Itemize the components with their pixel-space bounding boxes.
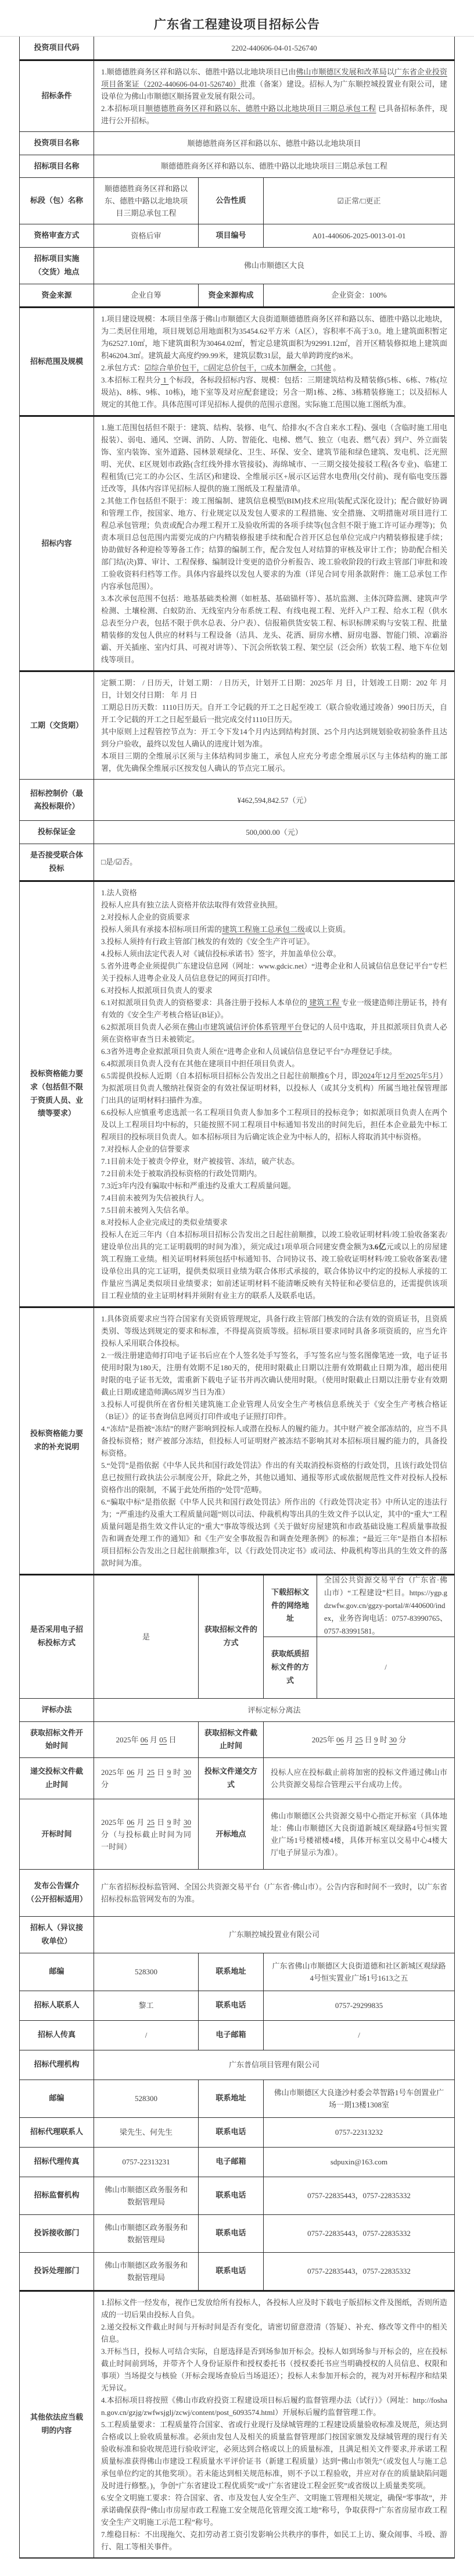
text-segment: 2025年 (312, 1735, 336, 1744)
text-segment: 日 (155, 1818, 167, 1827)
text-segment: 个月，即 (329, 1071, 360, 1080)
agency-phone-label: 联系电话 (198, 2118, 263, 2147)
section-name-label: 标段（包）名称 (20, 178, 94, 224)
row-tender-conditions: 招标条件 1.顺德德胜商务区祥和路以东、德胜中路以北地块项目已由佛山市顺德区发展… (20, 59, 454, 131)
tenderer-address-value: 广东省佛山市顺德区大良街道德和社区新城区观绿路4号恒实置业广场1号1613之五 (263, 1953, 454, 1991)
paragraph: 7.4目前未被列为失信被执行人。 (101, 1192, 447, 1204)
row-bid-deposit: 投标保证金 500,000.00（元） (20, 820, 454, 844)
bid-deposit-value: 500,000.00（元） (94, 821, 454, 844)
tenderer-contact-value: 黎工 (94, 1991, 198, 2020)
paragraph: 6.对投标人拟派项目负责人的要求 (101, 984, 447, 996)
row-qualification-requirements: 投标资格能力要求（包括但不限于资质人员、业绩等要求） 1.法人资格 投标人应具有… (20, 880, 454, 1306)
paragraph: 7.5目前未被列入失信名单。 (101, 1204, 447, 1216)
paragraph: 6.“骗取中标”是指依据《中华人民共和国行政处罚法》所作出的《行政处罚决定书》中… (101, 1496, 447, 1569)
agency-zip-value: 528300 (94, 2080, 198, 2117)
paragraph: 6.4拟派项目负责人没有在其他在建项目中担任项目负责人。 (101, 1057, 447, 1070)
text-segment: 月 (134, 1818, 147, 1827)
text-segment: 月 (134, 1768, 147, 1777)
row-tenderer-fax: 招标人传真 / 电子邮箱 / (20, 2020, 454, 2050)
text-segment: 分 (397, 1735, 406, 1744)
submission-method-value: 投标人应在投标截止前将加密的投标文件通过佛山市公共资源交易综合管理云平台成功上传… (263, 1758, 454, 1799)
row-investment-name: 投资项目名称 顺德德胜商务区祥和路以东、德胜中路以北地块项目 (20, 131, 454, 155)
paragraph: 佛山市顺德区公共资源交易中心指定开标室（具体地址：佛山市顺德区大良街道新城区观绿… (271, 1810, 447, 1859)
project-name-label: 招标项目名称 (20, 155, 94, 178)
paragraph: 7.维稳目标：不出现拖欠、克扣劳动者工资引发影响公共秩序的事件，如民工上访、聚众… (101, 2528, 447, 2553)
paragraph: 投标人应在投标截止前将加密的投标文件通过佛山市公共资源交易综合管理云平台成功上传… (271, 1766, 447, 1791)
announcement-table: 投资项目代码 2202-440606-04-01-526740 招标条件 1.顺… (19, 37, 455, 2559)
supplementary-notes-label: 投标资格能力要求的补充说明 (20, 1308, 94, 1574)
paper-documents-value: / (317, 1637, 454, 1698)
agency-fax-label: 招标代理传真 (20, 2148, 94, 2177)
underlined-text: 佛山市顺德区发展和改革局 (296, 67, 386, 76)
investment-name-value: 顺德德胜商务区祥和路以东、德胜中路以北地块项目 (94, 132, 454, 155)
document-start-time-label: 获取招标文件开始时间 (20, 1722, 94, 1758)
text-segment: 2025年 (101, 1768, 127, 1777)
underlined-date-part: 06 (127, 1818, 134, 1827)
tenderer-label: 招标人（异议接收单位） (20, 1917, 94, 1953)
paragraph: 3.本次承包范围不包括：地基基础类检测（如桩基、基础锚杆等）、基坑监测、主体沉降… (101, 592, 447, 666)
underlined-date-part: 25 (355, 1735, 362, 1744)
underlined-date-part: 25 (147, 1768, 155, 1777)
tenderer-email-label: 电子邮箱 (198, 2021, 263, 2050)
underlined-date-part: 25 (147, 1818, 155, 1827)
tender-content-label: 招标内容 (20, 417, 94, 670)
date-text: 2025年 06 月 25 日 9 时 30 分 (312, 1734, 407, 1746)
submission-method-label: 投标文件递交方式 (198, 1758, 263, 1799)
row-supplementary-notes: 投标资格能力要求的补充说明 1.具体资质要求应当符合国家有关资质管理规定，具备行… (20, 1306, 454, 1574)
text-segment: 月 (148, 1735, 160, 1744)
tenderer-address-label: 联系地址 (198, 1953, 263, 1991)
other-contents-label: 其他依法应当载明的内容 (20, 2292, 94, 2557)
text-segment: 时 (378, 1735, 390, 1744)
text-segment: 。 (331, 363, 340, 372)
row-evaluation-method: 评标办法 评标定标分离法 (20, 1698, 454, 1721)
row-delivery-location: 招标项目实施（交货）地点 佛山市顺德区大良 (20, 247, 454, 284)
qualification-review-value: 资格后审 (94, 224, 198, 247)
paragraph: 7.3近3年内没有骗取中标和严重违约及重大工程质量问题。 (101, 1180, 447, 1192)
paragraph: 3.投标人可提供所在省份相关建筑施工企业管理人员安全生产考核信息系统关于《安全生… (101, 1398, 447, 1423)
row-announcement-media: 发布公告媒介（公开招标适用） 广东省招标投标监管网、全国公共资源交易平台（广东省… (20, 1869, 454, 1916)
delivery-location-value: 佛山市顺德区大良 (94, 248, 454, 284)
tender-scope-value: 1.项目建设规模：本项目坐落于佛山市顺德区大良街道顺德德胜商务区祥和路以东、德胜… (94, 308, 454, 415)
control-price-value: ¥462,594,842.57（元） (94, 780, 454, 820)
underlined-text: 佛山市建筑诚信评价体系管理平台 (187, 1023, 302, 1031)
project-name-value: 顺德德胜商务区祥和路以东、德胜中路以北地块项目三期总承包工程 (94, 155, 454, 178)
text-segment: 2025年 (116, 1735, 140, 1744)
row-complaint-receiving: 投诉接收部门 佛山市顺德区政务服务和数据管理局 联系电话 0757-228354… (20, 2214, 454, 2252)
paragraph: 7.对投标人企业的信誉要求 (101, 1143, 447, 1155)
announcement-media-label: 发布公告媒介（公开招标适用） (20, 1870, 94, 1916)
row-duration: 工期（交货期） 定额工期： / 日历天，计划工期： / 日历天，计划开工日期：2… (20, 670, 454, 779)
paragraph: 4.本招标项目将按照《佛山市政府投资工程建设项目标后履约监督管理办法（试行）》（… (101, 2394, 447, 2418)
consortium-label: 是否接受联合体投标 (20, 844, 94, 880)
tenderer-zip-label: 邮编 (20, 1953, 94, 1991)
obtain-documents-subtable: 下载招标文件的网络地址 全国公共资源交易平台（广东省·佛山市）“工程建设”栏目。… (263, 1575, 454, 1698)
underlined-text: 2024年12月至2025年5月 (360, 1071, 440, 1080)
underlined-date-part: 06 (127, 1768, 134, 1777)
date-text: 2025年 06 月 05 日 (116, 1734, 176, 1746)
tender-scope-label: 招标范围及规模 (20, 308, 94, 415)
bid-deposit-label: 投标保证金 (20, 821, 94, 844)
row-complaint-handling: 投诉处理部门 佛山市顺德区政务服务和数据管理局 联系电话 0757-228354… (20, 2252, 454, 2290)
row-investment-code: 投资项目代码 2202-440606-04-01-526740 (20, 37, 454, 59)
paragraph: 8.对投标人企业完成过的类似业绩要求 (101, 1216, 447, 1228)
row-tender-scope: 招标范围及规模 1.项目建设规模：本项目坐落于佛山市顺德区大良街道顺德德胜商务区… (20, 306, 454, 415)
row-other-contents: 其他依法应当载明的内容 1.招标文件一经发布，视作已发放给所有投标人，各投标人应… (20, 2290, 454, 2557)
tender-conditions-value: 1.顺德德胜商务区祥和路以东、德胜中路以北地块项目已由佛山市顺德区发展和改革局以… (94, 61, 454, 131)
text-segment: 2.本招标项目 (101, 104, 145, 113)
paragraph: 6.2拟派项目负责人必须在佛山市建筑诚信评价体系管理平台登记的人员中选取，并且拟… (101, 1021, 447, 1045)
underlined-text: 1 (161, 376, 169, 384)
qualification-requirements-label: 投标资格能力要求（包括但不限于资质人员、业绩等要求） (20, 882, 94, 1306)
text-segment: 6.2拟派项目负责人必须在 (101, 1023, 187, 1031)
paragraph: 2.本招标项目顺德德胜商务区祥和路以东、德胜中路以北地块项目三期总承包工程 已具… (101, 102, 447, 127)
row-submission-deadline: 递交投标文件截止时间 2025年 06 月 25 日 9 时 30 分 投标文件… (20, 1757, 454, 1799)
row-agency-zip: 邮编 528300 联系地址 佛山市顺德区大良逢沙村委会萃智路1号车创置业广场一… (20, 2080, 454, 2117)
contract-mode-checkboxes: ☑综合单价包干，□固定总价包干，□成本加酬金，□其他 (145, 363, 331, 372)
qualification-review-label: 资格审查方式 (20, 224, 94, 247)
row-fund-source: 资金来源 企业自筹 资金来源构成 企业资金：100% (20, 284, 454, 307)
underlined-date-part: 30 (184, 1768, 191, 1777)
paragraph: 7.1目前未处于被责令停业，财产被接管、冻结，破产状态。 (101, 1155, 447, 1167)
agency-email-label: 电子邮箱 (198, 2148, 263, 2177)
announcement-media-value: 广东省招标投标监管网、全国公共资源交易平台（广东省·佛山市）。公告内容和时间不一… (94, 1870, 454, 1916)
paragraph: 6.5需提供投标人近期（自本招标项目招标公告发出之日起往前顺推6个月，即2024… (101, 1070, 447, 1106)
supervisor-label: 招标监督机构 (20, 2177, 94, 2214)
download-url-label: 下载招标文件的网络地址 (263, 1575, 317, 1637)
text-segment: 时 (171, 1768, 184, 1777)
investment-name-label: 投资项目名称 (20, 132, 94, 155)
paragraph: 1.具体资质要求应当符合国家有关资质管理规定，具备行政主管部门核发的合法有效的资… (101, 1313, 447, 1349)
agency-address-value: 佛山市顺德区大良逢沙村委会萃智路1号车创置业广场一期13楼1308室 (263, 2080, 454, 2117)
paragraph: 广东省招标投标监管网、全国公共资源交易平台（广东省·佛山市）。公告内容和时间不一… (101, 1881, 447, 1905)
text-segment: 2.承包方式： (101, 363, 145, 372)
complaint-handling-phone-value: 0757-22835443，0757-22835332 (263, 2253, 454, 2290)
row-project-name: 招标项目名称 顺德德胜商务区祥和路以东、德胜中路以北地块项目三期总承包工程 (20, 155, 454, 178)
obtain-documents-method-label: 获取招标文件的方式 (198, 1575, 263, 1698)
paragraph: 3.本招标工程共分 1 个标段，各标段招标内容、规模：包括：三期建筑结构及精装修… (101, 374, 447, 410)
complaint-handling-label: 投诉处理部门 (20, 2253, 94, 2290)
row-section-name: 标段（包）名称 顺德德胜商务区祥和路以东、德胜中路以北地块项目三期总承包工程 公… (20, 177, 454, 224)
bid-opening-time-label: 开标时间 (20, 1799, 94, 1869)
supervisor-value: 佛山市顺德区政务服务和数据管理局 (94, 2177, 198, 2214)
text-segment: （与投标截止时间为同一时间） (101, 1830, 191, 1851)
paragraph: 3.投标人须持有行政主管部门核发的有效的《安全生产许可证》。 (101, 935, 447, 948)
consortium-value: □是/☑否。 (94, 844, 454, 880)
delivery-location-label: 招标项目实施（交货）地点 (20, 248, 94, 284)
paragraph: 工期总日历天数：1110日历天。自开工令记载的开工之日起至竣工（联合验收通过竣备… (101, 701, 447, 726)
paragraph: 1.项目建设规模：本项目坐落于佛山市顺德区大良街道顺德德胜商务区祥和路以东、德胜… (101, 313, 447, 362)
paragraph: 1.法人资格 (101, 887, 447, 899)
fund-composition-value: 企业资金：100% (263, 284, 454, 307)
underlined-text: 建筑工程 (307, 998, 342, 1007)
notice-type-label: 公告性质 (198, 178, 263, 224)
agency-address-label: 联系地址 (198, 2080, 263, 2117)
agency-contact-label: 招标代理联系人 (20, 2118, 94, 2147)
complaint-receiving-phone-value: 0757-22835443，0757-22835332 (263, 2215, 454, 2252)
paragraph: 本项目三期的全维展示区须与主体结构同步施工，承包人应充分考虑全维展示区与主体结构… (101, 750, 447, 774)
paragraph: 2.承包方式：☑综合单价包干，□固定总价包干，□成本加酬金，□其他 。 (101, 362, 447, 374)
agency-zip-label: 邮编 (20, 2080, 94, 2117)
control-price-label: 招标控制价（最高投标限价） (20, 780, 94, 820)
duration-label: 工期（交货期） (20, 672, 94, 779)
text-segment: 日 (362, 1735, 374, 1744)
supplementary-notes-value: 1.具体资质要求应当符合国家有关资质管理规定，具备行政主管部门核发的合法有效的资… (94, 1308, 454, 1574)
paragraph: 5.省外进粤企业须提供广东建设信息网（网址：www.gdcic.net）“进粤企… (101, 960, 447, 984)
tenderer-fax-label: 招标人传真 (20, 2021, 94, 2050)
row-agency-contact: 招标代理联系人 梁先生、何先生 联系电话 0757-22313232 (20, 2117, 454, 2147)
text-segment: 以 (387, 67, 394, 76)
row-tender-content: 招标内容 1.施工范围包括但不限于：建筑、结构、装修、电气、给排水(不含自来水工… (20, 415, 454, 670)
row-tenderer-zip: 邮编 528300 联系地址 广东省佛山市顺德区大良街道德和社区新城区观绿路4号… (20, 1953, 454, 1991)
paper-documents-subrow: 获取纸质招标文件的方式 / (263, 1637, 454, 1698)
download-url-value: 全国公共资源交易平台（广东省·佛山市）“工程建设”栏目。https://ygp.… (317, 1575, 454, 1637)
underlined-date-part: 30 (389, 1735, 397, 1744)
submission-deadline-label: 递交投标文件截止时间 (20, 1758, 94, 1799)
other-contents-value: 1.招标文件一经发布，视作已发放给所有投标人，各投标人应及时下载电子版招标文件及… (94, 2292, 454, 2557)
project-number-label: 项目编号 (198, 224, 263, 247)
paragraph: 4.“冻结”是指被“冻结”的财产影响到投标人或潜在投标人的履约能力。其中财产被全… (101, 1423, 447, 1459)
text-segment: 6.5需提供投标人近期（自本招标项目招标公告发出之日起往前顺推 (101, 1071, 325, 1080)
download-url-subrow: 下载招标文件的网络地址 全国公共资源交易平台（广东省·佛山市）“工程建设”栏目。… (263, 1575, 454, 1637)
row-electronic-bidding: 是否采用电子招标投标方式 是 获取招标文件的方式 下载招标文件的网络地址 全国公… (20, 1574, 454, 1698)
agency-value: 广东普信项目管理有限公司 (94, 2050, 454, 2080)
electronic-bidding-label: 是否采用电子招标投标方式 (20, 1575, 94, 1698)
paragraph: 2.对投标人企业的资质要求 (101, 911, 447, 923)
text-segment: 6.1对拟派项目负责人的资格要求：具备注册于投标人本单位的 (101, 998, 307, 1007)
text-segment: 分 (101, 1830, 109, 1839)
paragraph: 2.其他工作包括但不限于：竣工图编制、建筑信息模型(BIM)技术应用(装配式深化… (101, 495, 447, 592)
row-tenderer-contact: 招标人联系人 黎工 联系电话 0757-29299835 (20, 1991, 454, 2020)
investment-code-value: 2202-440606-04-01-526740 (94, 37, 454, 59)
bid-opening-place-label: 开标地点 (198, 1799, 263, 1869)
paragraph: 2.递交投标文件截止时间与开标时间是否有变化，请密切留意澄清（答疑）、补充、修改… (101, 2321, 447, 2345)
supervisor-phone-label: 联系电话 (198, 2177, 263, 2214)
paragraph: 其中原则上过程管控节点为：开工令下发14个月内达到结构封顶、25个月内达到规划验… (101, 726, 447, 750)
text-segment: 时 (171, 1818, 184, 1827)
notice-type-value: ☑正常/□更正 (263, 178, 454, 224)
tenderer-contact-label: 招标人联系人 (20, 1991, 94, 2020)
paragraph: 3.开标当日，投标人可结合实际，自愿选择是否到场参加开标会。投标人如到场参与开标… (101, 2345, 447, 2394)
text-segment: 3.本招标工程共分 (101, 376, 161, 384)
bid-opening-time-value: 2025年 06 月 25 日 9 时 30 分（与投标截止时间为同一时间） (94, 1799, 198, 1869)
row-supervisor: 招标监督机构 佛山市顺德区政务服务和数据管理局 联系电话 0757-228354… (20, 2177, 454, 2214)
qualification-requirements-value: 1.法人资格 投标人应具有独立法人资格并依法取得有效营业执照。 2.对投标人企业… (94, 882, 454, 1306)
tender-content-value: 1.施工范围包括但不限于：建筑、结构、装修、电气、给排水(不含自来水工程)、强电… (94, 417, 454, 670)
complaint-receiving-value: 佛山市顺德区政务服务和数据管理局 (94, 2215, 198, 2252)
evaluation-method-value: 评标定标分离法 (94, 1699, 454, 1721)
paragraph: 2.一级注册建造师打印电子证书后应在个人签名处手写签名，手写签名应与签名图像笔迹… (101, 1349, 447, 1398)
tenderer-value: 广东顺控城投置业有限公司 (94, 1917, 454, 1953)
tender-conditions-label: 招标条件 (20, 61, 94, 131)
document-deadline-label: 获取招标文件截止时间 (198, 1722, 263, 1758)
paragraph: 定额工期： / 日历天，计划工期： / 日历天，计划开工日期：2025年 月 日… (101, 677, 447, 701)
tenderer-phone-value: 0757-29299835 (263, 1991, 454, 2020)
paragraph: 1.施工范围包括但不限于：建筑、结构、装修、电气、给排水(不含自来水工程)、强电… (101, 421, 447, 495)
row-consortium: 是否接受联合体投标 □是/☑否。 (20, 844, 454, 880)
paragraph: 7.2目前未处于被取消投标资格的行政处罚期内。 (101, 1167, 447, 1180)
paper-documents-label: 获取纸质招标文件的方式 (263, 1637, 317, 1698)
fund-composition-label: 资金来源构成 (198, 284, 263, 307)
complaint-handling-value: 佛山市顺德区政务服务和数据管理局 (94, 2253, 198, 2290)
date-text: 2025年 06 月 25 日 9 时 30 分（与投标截止时间为同一时间） (101, 1816, 191, 1853)
document-deadline-value: 2025年 06 月 25 日 9 时 30 分 (263, 1722, 454, 1758)
section-name-value: 顺德德胜商务区祥和路以东、德胜中路以北地块项目三期总承包工程 (94, 178, 198, 224)
paragraph: 5.“处罚”是指依据《中华人民共和国行政处罚法》作出的有关取消投标资格的行政处罚… (101, 1459, 447, 1496)
row-qualification-review: 资格审查方式 资格后审 项目编号 A01-440606-2025-0013-01… (20, 224, 454, 247)
bold-amount: 3.6亿 (369, 1242, 386, 1251)
tenderer-email-value: / (263, 2021, 454, 2050)
agency-label: 招标代理机构 (20, 2050, 94, 2080)
fund-source-label: 资金来源 (20, 284, 94, 307)
text-segment: 日 (167, 1735, 176, 1744)
text-segment: 日 (155, 1768, 167, 1777)
row-agency: 招标代理机构 广东普信项目管理有限公司 (20, 2050, 454, 2080)
text-segment: 或以上资质。 (305, 925, 350, 934)
paragraph: 投标人应具有独立法人资格并依法取得有效营业执照。 (101, 899, 447, 911)
agency-phone-value: 0757-22313232 (263, 2118, 454, 2147)
tenderer-fax-value: / (94, 2021, 198, 2050)
agency-fax-value: 0757-22313231 (94, 2148, 198, 2177)
underlined-text: 顺德德胜商务区祥和路以东、德胜中路以北地块项目三期总承包工程 (145, 104, 376, 113)
paragraph: 5.工程质量要求：工程质量符合国家、省或行业现行及绿城管理的工程建设质量验收标准… (101, 2418, 447, 2492)
electronic-bidding-value: 是 (94, 1575, 198, 1698)
paragraph: 6.安全文明施工要求：符合国家、省、市及发包人安全生产、文明施工管理相关规定，确… (101, 2492, 447, 2528)
supervisor-phone-value: 0757-22835443，0757-22835332 (263, 2177, 454, 2214)
underlined-text: 建筑工程施工总承包二级 (222, 925, 305, 934)
page-title: 广东省工程建设项目招标公告 (0, 15, 474, 33)
paragraph: 6.3省外进粤企业拟派项目负责人须在“进粤企业和人员诚信信息登记平台”办理登记手… (101, 1045, 447, 1057)
paragraph: 6.6投标人应慎重考虑选派一名工程项目负责人参加多个工程项目的投标竞争；如拟派项… (101, 1106, 447, 1143)
row-control-price: 招标控制价（最高投标限价） ¥462,594,842.57（元） (20, 779, 454, 820)
evaluation-method-label: 评标办法 (20, 1699, 94, 1721)
date-text: 2025年 06 月 25 日 9 时 30 分 (101, 1766, 191, 1791)
announcement-page: 广东省工程建设项目招标公告 投资项目代码 2202-440606-04-01-5… (0, 15, 474, 2559)
complaint-handling-phone-label: 联系电话 (198, 2253, 263, 2290)
duration-value: 定额工期： / 日历天，计划工期： / 日历天，计划开工日期：2025年 月 日… (94, 672, 454, 779)
bid-opening-place-value: 佛山市顺德区公共资源交易中心指定开标室（具体地址：佛山市顺德区大良街道新城区观绿… (263, 1799, 454, 1869)
investment-code-label: 投资项目代码 (20, 37, 94, 59)
complaint-receiving-phone-label: 联系电话 (198, 2215, 263, 2252)
submission-deadline-value: 2025年 06 月 25 日 9 时 30 分 (94, 1758, 198, 1799)
underlined-date-part: 06 (336, 1735, 344, 1744)
paragraph: 1.招标文件一经发布，视作已发放给所有投标人，各投标人应及时下载电子版招标文件及… (101, 2296, 447, 2321)
text-segment: 投标人须具有承接本招标项目所需的 (101, 925, 222, 934)
paragraph: 1.顺德德胜商务区祥和路以东、德胜中路以北地块项目已由佛山市顺德区发展和改革局以… (101, 66, 447, 102)
agency-email-value: sdpuxin@163.com (263, 2148, 454, 2177)
fund-source-value: 企业自筹 (94, 284, 198, 307)
text-segment: 分 (101, 1780, 109, 1789)
tenderer-phone-label: 联系电话 (198, 1991, 263, 2020)
row-document-times: 获取招标文件开始时间 2025年 06 月 05 日 获取招标文件截止时间 20… (20, 1721, 454, 1758)
text-segment: 1.顺德德胜商务区祥和路以东、德胜中路以北地块项目已由 (101, 67, 296, 76)
complaint-receiving-label: 投诉接收部门 (20, 2215, 94, 2252)
text-segment: 月 (344, 1735, 355, 1744)
agency-contact-value: 梁先生、何先生 (94, 2118, 198, 2147)
underlined-date-part: 06 (141, 1735, 148, 1744)
paragraph: 6.1对拟派项目负责人的资格要求：具备注册于投标人本单位的 建筑工程 专业一级建… (101, 996, 447, 1021)
underlined-date-part: 05 (159, 1735, 167, 1744)
document-start-time-value: 2025年 06 月 05 日 (94, 1722, 198, 1758)
underlined-date-part: 30 (184, 1818, 191, 1827)
row-bid-opening: 开标时间 2025年 06 月 25 日 9 时 30 分（与投标截止时间为同一… (20, 1799, 454, 1869)
paragraph: 投标人在近三年内（自本招标项目招标公告发出之日起往前顺推，以竣工验收证明材料/竣… (101, 1228, 447, 1302)
text-segment: 2025年 (101, 1818, 127, 1827)
row-tenderer: 招标人（异议接收单位） 广东顺控城投置业有限公司 (20, 1916, 454, 1953)
tenderer-zip-value: 528300 (94, 1953, 198, 1991)
paragraph: 4.投标人须由法定代表人对《诚信投标承诺书》签字，并加盖单位公章。 (101, 948, 447, 960)
project-number-value: A01-440606-2025-0013-01-01 (263, 224, 454, 247)
row-agency-fax: 招标代理传真 0757-22313231 电子邮箱 sdpuxin@163.co… (20, 2147, 454, 2177)
paragraph: 投标人须具有承接本招标项目所需的建筑工程施工总承包二级或以上资质。 (101, 923, 447, 935)
